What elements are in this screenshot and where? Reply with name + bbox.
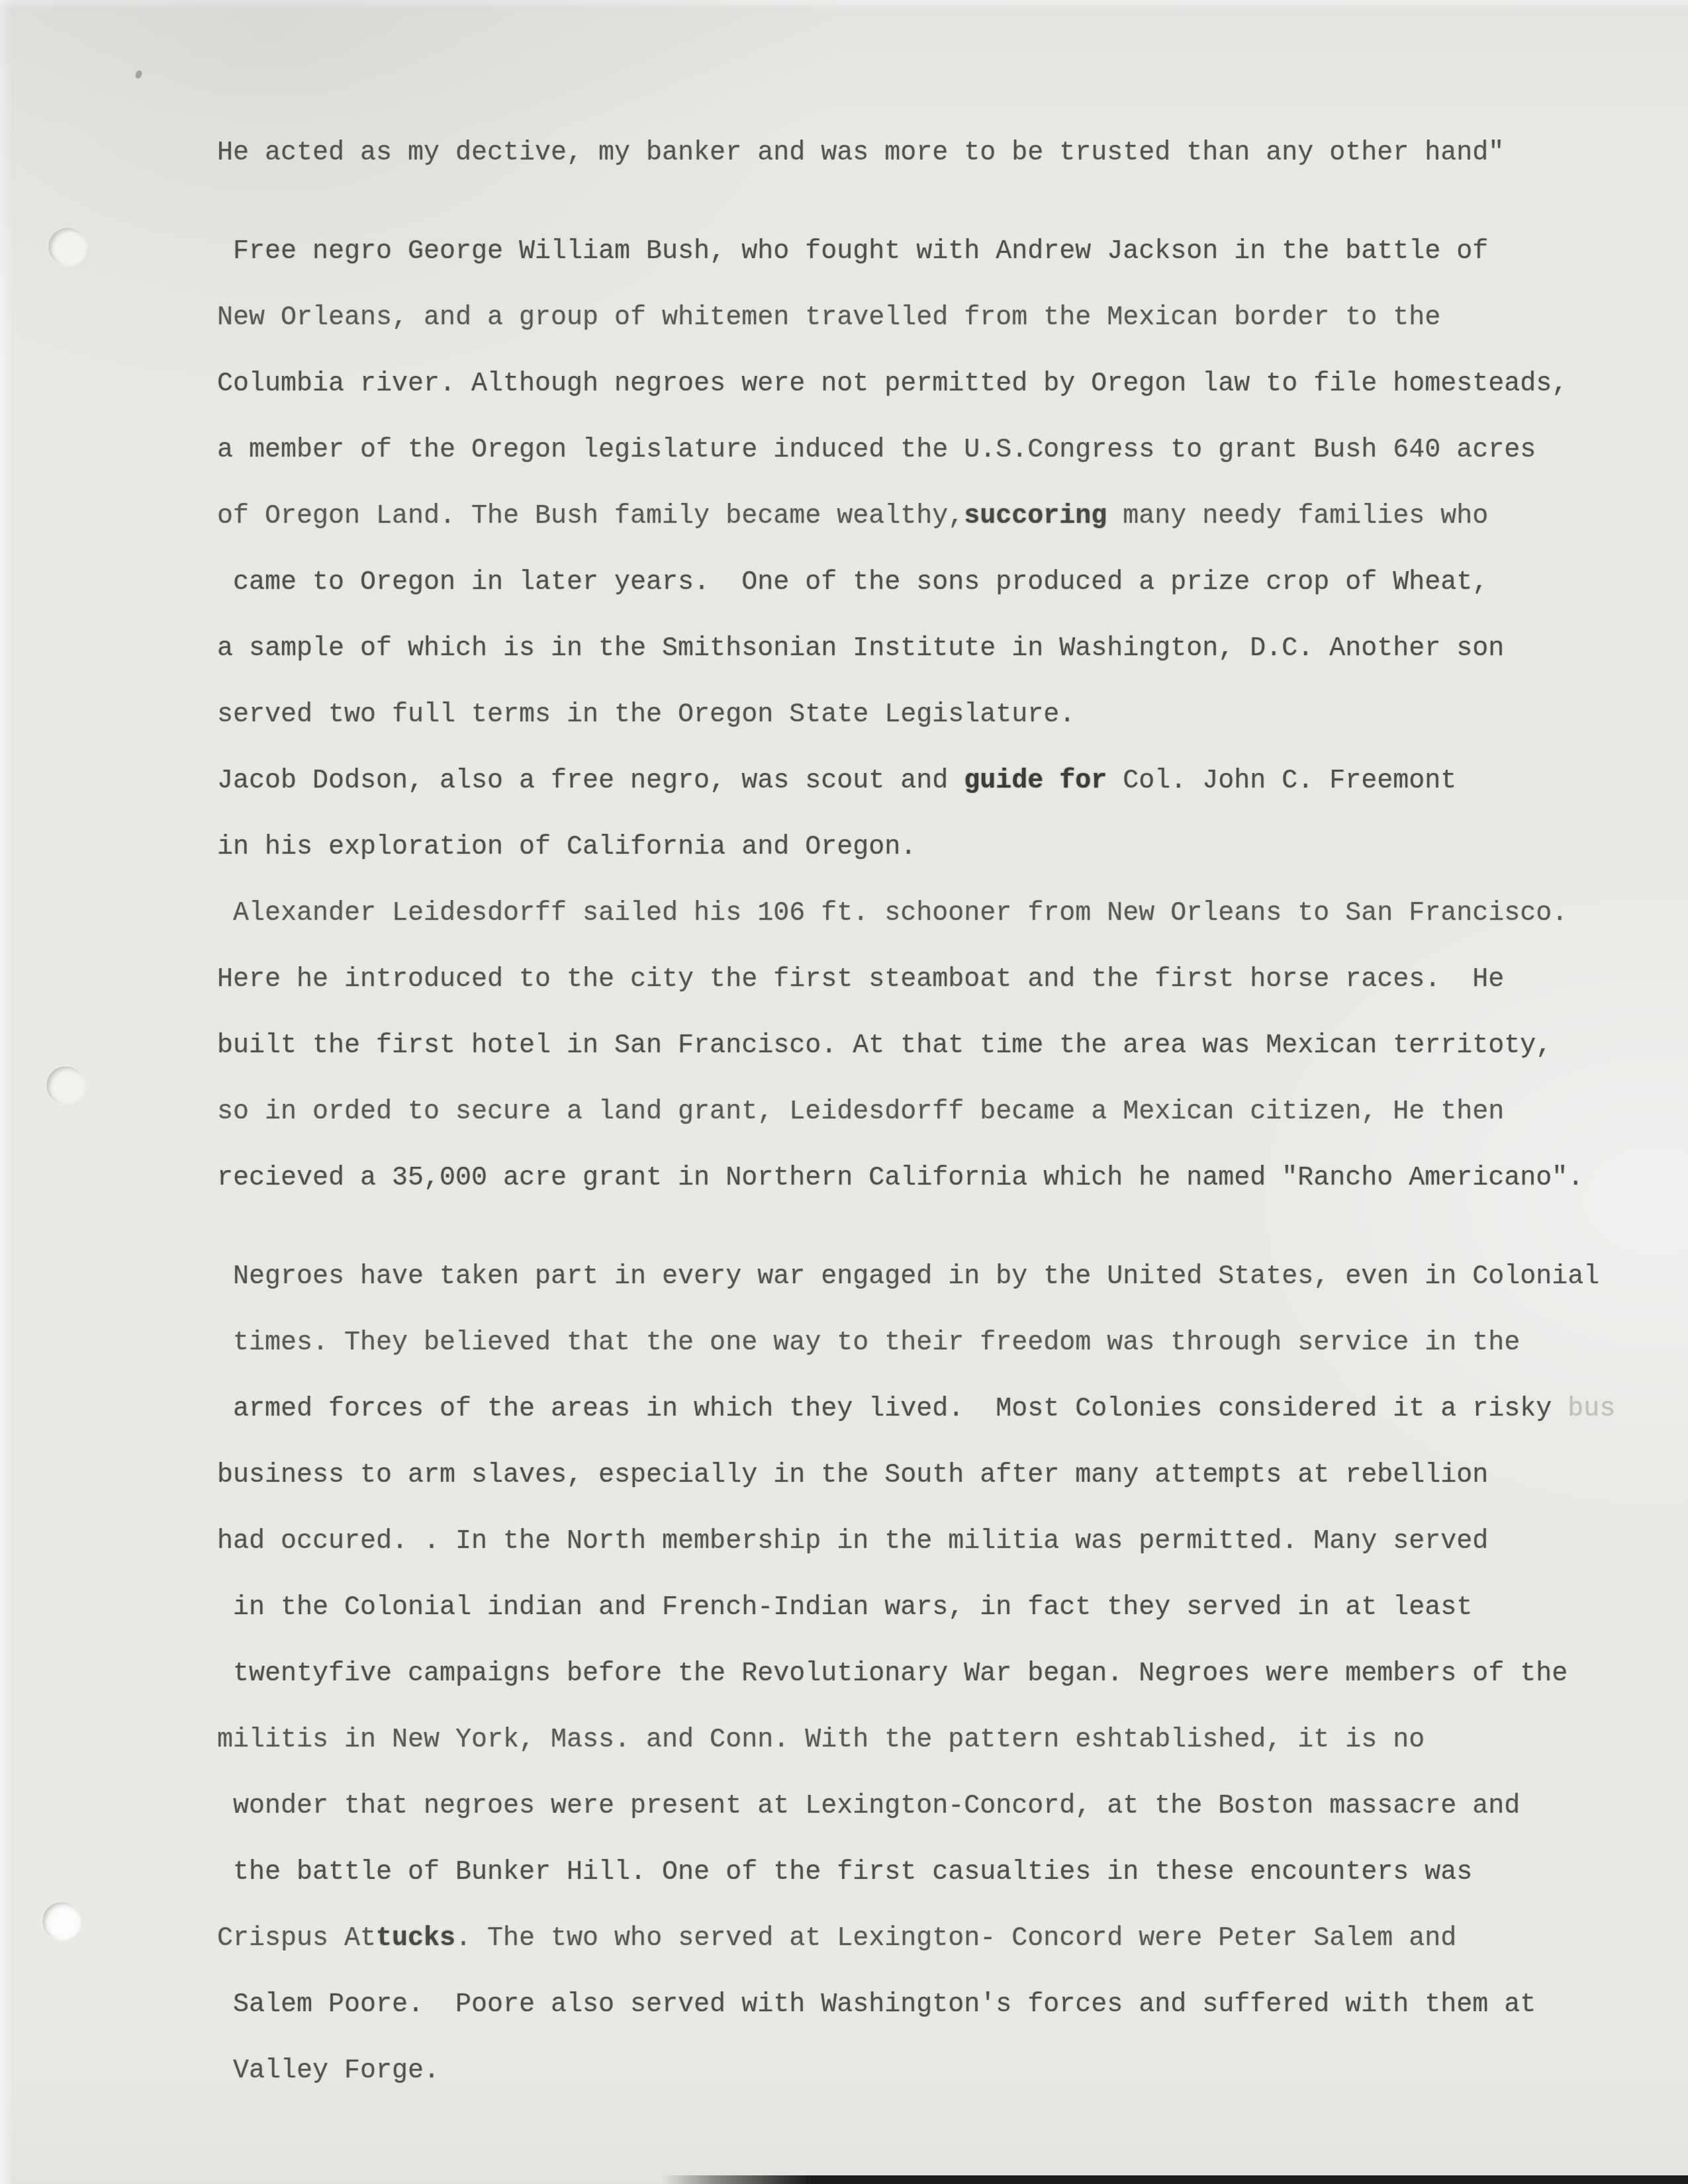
typed-line: so in orded to secure a land grant, Leid… [217, 1079, 1648, 1146]
typed-line: Here he introduced to the city the first… [217, 947, 1648, 1013]
typed-line: Negroes have taken part in every war eng… [217, 1244, 1648, 1310]
typed-segment: . The two who served at Lexington- Conco… [455, 1924, 1456, 1954]
typed-line: had occured. . In the North membership i… [217, 1509, 1648, 1575]
typed-segment: Valley Forge. [217, 2056, 440, 2086]
typed-line: Crispus Attucks. The two who served at L… [217, 1906, 1648, 1972]
typed-segment: the battle of Bunker Hill. One of the fi… [217, 1858, 1472, 1888]
punch-hole-middle [46, 1066, 85, 1105]
typed-segment-ghost: bus [1568, 1394, 1615, 1424]
typed-line: a sample of which is in the Smithsonian … [217, 616, 1648, 682]
typed-segment: many needy families who [1107, 502, 1488, 531]
typed-text-body: He acted as my dective, my banker and wa… [217, 120, 1648, 2105]
typed-segment: a sample of which is in the Smithsonian … [217, 634, 1504, 664]
typed-line: built the first hotel in San Francisco. … [217, 1013, 1648, 1079]
typed-line: Free negro George William Bush, who foug… [217, 219, 1648, 285]
typed-line: Alexander Leidesdorff sailed his 106 ft.… [217, 881, 1648, 947]
typed-segment: Jacob Dodson, also a free negro, was sco… [217, 766, 964, 796]
scan-edge-artifact [662, 2175, 1688, 2184]
typed-segment: in his exploration of California and Ore… [217, 833, 916, 862]
typed-segment: Columbia river. Although negroes were no… [217, 369, 1568, 399]
scan-speck [134, 69, 144, 80]
typed-segment: business to arm slaves, especially in th… [217, 1461, 1488, 1490]
typed-line: a member of the Oregon legislature induc… [217, 418, 1648, 484]
typed-segment: of Oregon Land. The Bush family became w… [217, 502, 964, 531]
typed-line: Valley Forge. [217, 2038, 1648, 2105]
typed-segment: served two full terms in the Oregon Stat… [217, 700, 1075, 730]
typed-line: of Oregon Land. The Bush family became w… [217, 484, 1648, 550]
typed-line: in the Colonial indian and French-Indian… [217, 1575, 1648, 1641]
typed-segment: so in orded to secure a land grant, Leid… [217, 1097, 1504, 1127]
typed-line: in his exploration of California and Ore… [217, 815, 1648, 881]
typed-segment: militis in New York, Mass. and Conn. Wit… [217, 1725, 1425, 1755]
typed-segment: He acted as my dective, my banker and wa… [217, 138, 1504, 168]
typed-segment: Col. John C. Freemont [1107, 766, 1456, 796]
typed-line: the battle of Bunker Hill. One of the fi… [217, 1840, 1648, 1906]
typed-segment: recieved a 35,000 acre grant in Northern… [217, 1163, 1583, 1193]
typed-segment: New Orleans, and a group of whitemen tra… [217, 303, 1440, 333]
typed-line: came to Oregon in later years. One of th… [217, 550, 1648, 616]
typed-line: militis in New York, Mass. and Conn. Wit… [217, 1707, 1648, 1774]
typed-line: New Orleans, and a group of whitemen tra… [217, 285, 1648, 351]
typed-segment: Free negro George William Bush, who foug… [217, 237, 1488, 267]
typed-segment: Salem Poore. Poore also served with Wash… [217, 1990, 1536, 2020]
typed-line: Columbia river. Although negroes were no… [217, 351, 1648, 418]
typed-segment: a member of the Oregon legislature induc… [217, 435, 1536, 465]
typed-line: business to arm slaves, especially in th… [217, 1443, 1648, 1509]
typed-segment-overtyped: succoring [964, 502, 1107, 531]
typed-segment: Negroes have taken part in every war eng… [217, 1262, 1599, 1292]
typed-line: twentyfive campaigns before the Revoluti… [217, 1641, 1648, 1707]
typed-segment: Here he introduced to the city the first… [217, 965, 1504, 995]
typed-segment-overtyped: guide for [964, 766, 1107, 796]
typed-segment: times. They believed that the one way to… [217, 1328, 1520, 1358]
typed-line: Salem Poore. Poore also served with Wash… [217, 1972, 1648, 2038]
typed-line: recieved a 35,000 acre grant in Northern… [217, 1146, 1648, 1212]
typed-segment: wonder that negroes were present at Lexi… [217, 1792, 1520, 1821]
scanned-document-page: He acted as my dective, my banker and wa… [0, 0, 1688, 2184]
typed-line: times. They believed that the one way to… [217, 1310, 1648, 1377]
typed-segment: Alexander Leidesdorff sailed his 106 ft.… [217, 899, 1568, 929]
punch-hole-bottom [42, 1902, 81, 1940]
typed-segment-overtyped: tucks [376, 1924, 455, 1954]
typed-segment: armed forces of the areas in which they … [217, 1394, 1568, 1424]
typed-segment: in the Colonial indian and French-Indian… [217, 1593, 1472, 1623]
punch-hole-top [48, 228, 87, 266]
typed-segment: came to Oregon in later years. One of th… [217, 568, 1488, 598]
typed-segment: had occured. . In the North membership i… [217, 1527, 1488, 1557]
typed-line: wonder that negroes were present at Lexi… [217, 1774, 1648, 1840]
typed-segment: twentyfive campaigns before the Revoluti… [217, 1659, 1568, 1689]
typed-line: served two full terms in the Oregon Stat… [217, 682, 1648, 749]
typed-line: armed forces of the areas in which they … [217, 1377, 1648, 1443]
typed-segment: Crispus At [217, 1924, 376, 1954]
typed-line: He acted as my dective, my banker and wa… [217, 120, 1648, 187]
typed-line: Jacob Dodson, also a free negro, was sco… [217, 749, 1648, 815]
typed-segment: built the first hotel in San Francisco. … [217, 1031, 1552, 1061]
